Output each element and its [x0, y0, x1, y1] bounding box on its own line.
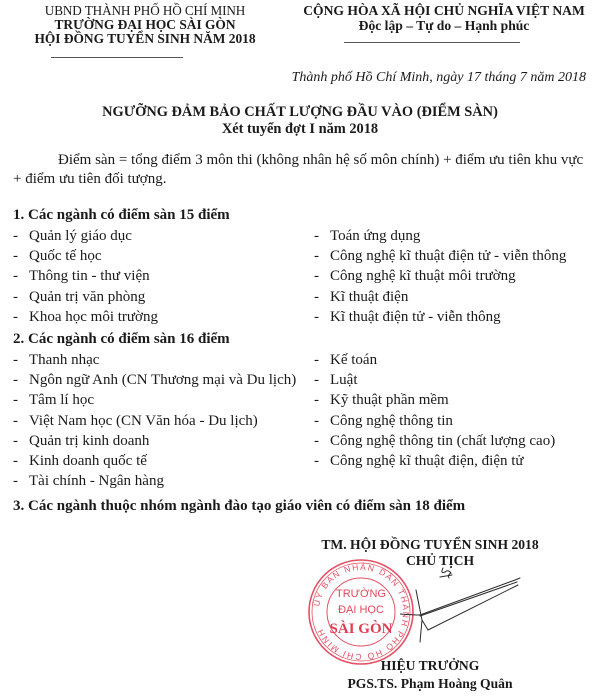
list-item: -Kinh doanh quốc tế	[13, 451, 296, 471]
list-dash: -	[314, 226, 330, 246]
list-dash: -	[13, 411, 29, 431]
list-item-label: Kỹ thuật phần mềm	[330, 392, 449, 408]
list-item: -Tâm lí học	[13, 390, 296, 410]
list-item: -Quản lý giáo dục	[13, 226, 158, 246]
motto: Độc lập – Tự do – Hạnh phúc	[288, 18, 600, 33]
list-dash: -	[13, 350, 29, 370]
list-item: -Kế toán	[314, 350, 555, 370]
list-item-label: Quản trị kinh doanh	[29, 433, 149, 449]
list-dash: -	[13, 226, 29, 246]
list-item-label: Việt Nam học (CN Văn hóa - Du lịch)	[29, 413, 258, 429]
list-item-label: Toán ứng dụng	[330, 228, 420, 244]
list-dash: -	[314, 307, 330, 327]
list-dash: -	[314, 390, 330, 410]
authority-line-1: UBND THÀNH PHỐ HỒ CHÍ MINH	[0, 4, 290, 18]
seal-line-3: SÀI GÒN	[330, 620, 393, 637]
list-dash: -	[13, 370, 29, 390]
list-item-label: Thanh nhạc	[29, 352, 99, 368]
list-item: -Việt Nam học (CN Văn hóa - Du lịch)	[13, 411, 296, 431]
seal-line-2: ĐẠI HỌC	[338, 604, 384, 616]
section-3-heading: 3. Các ngành thuộc nhóm ngành đào tạo gi…	[13, 497, 465, 515]
list-item-label: Kĩ thuật điện	[330, 289, 408, 305]
list-item-label: Công nghệ kĩ thuật môi trường	[330, 268, 516, 284]
list-dash: -	[314, 246, 330, 266]
list-item: -Kĩ thuật điện tử - viễn thông	[314, 307, 566, 327]
list-item-label: Kế toán	[330, 352, 377, 368]
list-item-label: Kĩ thuật điện tử - viễn thông	[330, 309, 501, 325]
section-2-left-list: -Thanh nhạc-Ngôn ngữ Anh (CN Thương mại …	[13, 350, 296, 491]
list-dash: -	[13, 246, 29, 266]
list-dash: -	[13, 451, 29, 471]
national-motto: CỘNG HÒA XÃ HỘI CHỦ NGHĨA VIỆT NAM Độc l…	[288, 4, 600, 33]
list-item-label: Công nghệ kĩ thuật điện tử - viễn thông	[330, 248, 566, 264]
list-item: -Công nghệ kĩ thuật môi trường	[314, 266, 566, 286]
section-2-right-list: -Kế toán-Luật-Kỹ thuật phần mềm-Công ngh…	[314, 350, 555, 471]
list-item: -Toán ứng dụng	[314, 226, 566, 246]
list-item-label: Quốc tế học	[29, 248, 101, 264]
section-1-right-list: -Toán ứng dụng-Công nghệ kĩ thuật điện t…	[314, 226, 566, 327]
list-item: -Quản trị kinh doanh	[13, 431, 296, 451]
list-dash: -	[314, 287, 330, 307]
list-item-label: Ngôn ngữ Anh (CN Thương mại và Du lịch)	[29, 372, 296, 388]
list-dash: -	[314, 451, 330, 471]
list-item-label: Khoa học môi trường	[29, 309, 158, 325]
list-dash: -	[314, 266, 330, 286]
list-item: -Công nghệ thông tin (chất lượng cao)	[314, 431, 555, 451]
list-item-label: Kinh doanh quốc tế	[29, 453, 147, 469]
list-dash: -	[13, 287, 29, 307]
header-right-rule	[344, 42, 520, 43]
list-dash: -	[314, 350, 330, 370]
section-2-heading: 2. Các ngành có điểm sàn 16 điểm	[13, 330, 230, 348]
list-item-label: Quản trị văn phòng	[29, 289, 145, 305]
section-1-heading: 1. Các ngành có điểm sàn 15 điểm	[13, 206, 230, 224]
list-item-label: Công nghệ thông tin	[330, 413, 453, 429]
list-item-label: Quản lý giáo dục	[29, 228, 132, 244]
list-dash: -	[13, 307, 29, 327]
section-1-left-list: -Quản lý giáo dục-Quốc tế học-Thông tin …	[13, 226, 158, 327]
list-dash: -	[13, 471, 29, 491]
intro-paragraph: Điểm sàn = tổng điểm 3 môn thi (không nh…	[13, 151, 593, 189]
list-dash: -	[13, 431, 29, 451]
list-item: -Thông tin - thư viện	[13, 266, 158, 286]
list-item-label: Công nghệ kĩ thuật điện, điện tử	[330, 453, 524, 469]
list-item-label: Luật	[330, 372, 358, 388]
list-item: -Thanh nhạc	[13, 350, 296, 370]
signature-mark-icon	[400, 560, 570, 670]
list-dash: -	[314, 431, 330, 451]
authority-line-3: HỘI ĐỒNG TUYỂN SINH NĂM 2018	[0, 32, 290, 46]
list-item: -Luật	[314, 370, 555, 390]
list-item: -Ngôn ngữ Anh (CN Thương mại và Du lịch)	[13, 370, 296, 390]
list-dash: -	[314, 370, 330, 390]
list-dash: -	[13, 390, 29, 410]
list-item: -Kỹ thuật phần mềm	[314, 390, 555, 410]
header-left-rule	[51, 57, 183, 58]
list-item: -Công nghệ kĩ thuật điện, điện tử	[314, 451, 555, 471]
document-title: NGƯỠNG ĐẢM BẢO CHẤT LƯỢNG ĐẦU VÀO (ĐIỂM …	[0, 104, 600, 120]
signature-on-behalf: TM. HỘI ĐỒNG TUYỂN SINH 2018	[300, 537, 560, 553]
signer-name: PGS.TS. Phạm Hoàng Quân	[300, 676, 560, 692]
list-item-label: Tài chính - Ngân hàng	[29, 473, 164, 489]
list-item-label: Thông tin - thư viện	[29, 268, 150, 284]
list-item: -Quốc tế học	[13, 246, 158, 266]
list-item: -Tài chính - Ngân hàng	[13, 471, 296, 491]
list-item: -Công nghệ kĩ thuật điện tử - viễn thông	[314, 246, 566, 266]
list-item: -Quản trị văn phòng	[13, 287, 158, 307]
list-item: -Khoa học môi trường	[13, 307, 158, 327]
list-dash: -	[13, 266, 29, 286]
country-name: CỘNG HÒA XÃ HỘI CHỦ NGHĨA VIỆT NAM	[288, 4, 600, 18]
list-dash: -	[314, 411, 330, 431]
seal-line-1: TRƯỜNG	[336, 587, 386, 600]
document-subtitle: Xét tuyển đợt I năm 2018	[0, 121, 600, 137]
signer-position: HIỆU TRƯỞNG	[300, 658, 560, 674]
list-item: -Công nghệ thông tin	[314, 411, 555, 431]
list-item-label: Tâm lí học	[29, 392, 94, 408]
list-item: -Kĩ thuật điện	[314, 287, 566, 307]
list-item-label: Công nghệ thông tin (chất lượng cao)	[330, 433, 555, 449]
issuing-authority: UBND THÀNH PHỐ HỒ CHÍ MINH TRƯỜNG ĐẠI HỌ…	[0, 4, 290, 46]
document-date: Thành phố Hồ Chí Minh, ngày 17 tháng 7 n…	[292, 70, 586, 86]
authority-line-2: TRƯỜNG ĐẠI HỌC SÀI GÒN	[0, 18, 290, 32]
